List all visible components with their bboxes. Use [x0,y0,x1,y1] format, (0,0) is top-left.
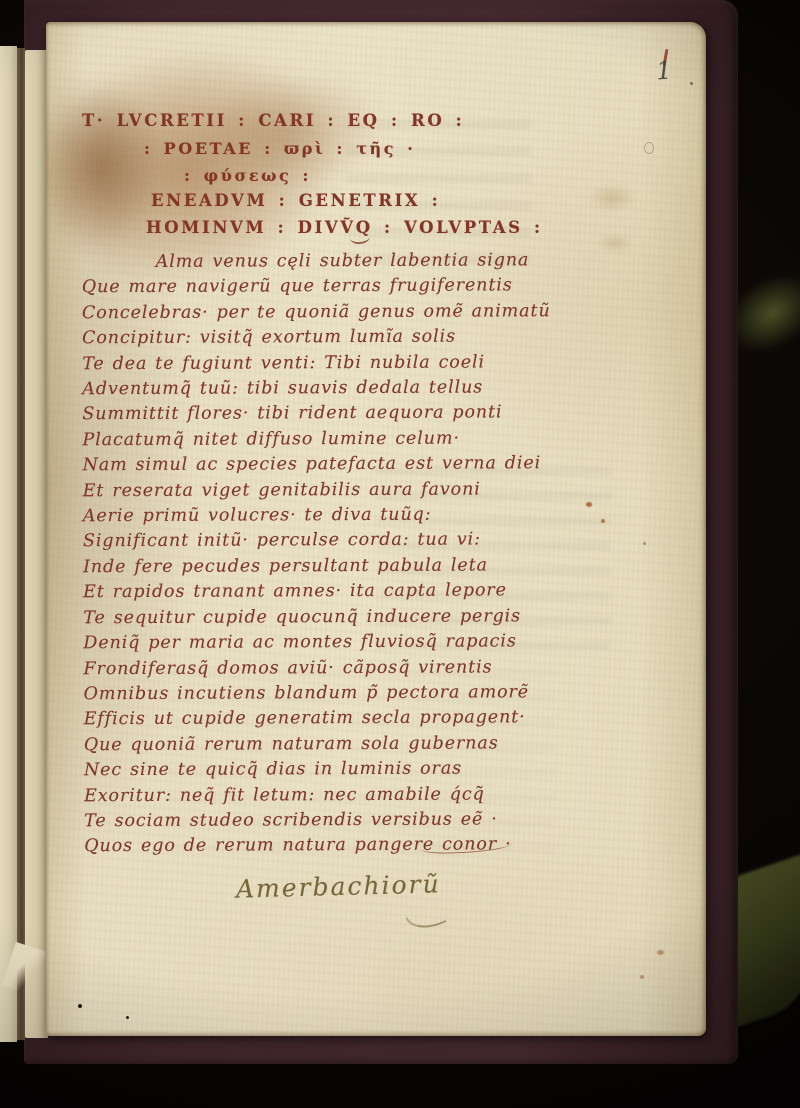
poem-line: Alma venus cęli subter labentia signa [82,248,642,276]
foxing-smudge [588,184,636,212]
poem-line: Nam simul ac species patefacta est verna… [83,451,643,479]
poem-line: Concipitur: visitq̃ exortum lumĩa solis [82,324,642,352]
foxing-spot [640,975,644,979]
poem-line: Summittit flores· tibi rident aequora po… [82,400,642,428]
title-line-poetae: : POETAE : ϖρὶ : τῆς · [144,139,415,158]
poem-line: Te dea te fugiunt venti: Tibi nubila coe… [82,349,642,377]
foxing-spot [657,950,664,955]
foxing-spot [643,542,646,545]
foxing-ring [644,142,654,154]
page-edge-strip [25,50,48,1038]
poem-line: Significant initũ· perculse corda: tua v… [83,527,643,555]
page-edge-strip [0,46,17,1042]
folio-number: 1 [655,55,673,85]
poem-line: Deniq̃ per maria ac montes fluviosq̃ rap… [83,629,643,657]
title-line-eneadum: ENEADVM : GENETRIX : [151,191,440,210]
poem-line: Et reserata viget genitabilis aura favon… [83,476,643,504]
poem-line: Quos ego de rerum natura pangere conor · [84,832,644,860]
poem-line: Concelebras· per te quoniã genus omẽ ani… [82,299,642,327]
poem-line: Adventumq̃ tuũ: tibi suavis dedala tellu… [82,375,642,403]
poem-line: Te sociam studeo scribendis versibus eẽ … [84,807,644,835]
gutter-shadow [17,48,25,1040]
poem-line: Que mare navigerũ que terras frugiferent… [82,273,642,301]
poem-line: Nec sine te quicq̃ dias in luminis oras [84,756,644,784]
poem-line: Te sequitur cupide quocunq̃ inducere per… [83,603,643,631]
title-line-hominum: HOMINVM : DIVṼQ : VOLVPTAS : [146,218,543,237]
poem-line: Exoritur: neq̃ fit letum: nec amabile q́… [84,781,644,809]
poem-text-block: Alma venus cęli subter labentia signa Qu… [82,248,645,860]
poem-line: Aerie primũ volucres· te diva tuũq: [83,502,643,530]
title-line-physeos: : φύσεως : [184,166,311,185]
title-line-author: T· LVCRETII : CARI : EQ : RO : [82,111,464,130]
poem-line: Que quoniã rerum naturam sola gubernas [84,730,644,758]
wormhole-speck [126,1016,129,1019]
poem-line: Frondiferasq̃ domos aviũ· cãposq̃ virent… [83,654,643,682]
poem-line: Omnibus incutiens blandum p̃ pectora amo… [84,680,644,708]
poem-line: Inde fere pecudes persultant pabula leta [83,553,643,581]
poem-line: Et rapidos tranant amnes· ita capta lepo… [83,578,643,606]
poem-line: Placatumq̃ nitet diffuso lumine celum· [82,426,642,454]
folio-number-dot [690,82,693,85]
manuscript-photo: 1 T· LVCRETII : CARI : EQ : RO : : POETA… [0,0,800,1108]
wormhole-speck [78,1004,82,1008]
poem-line: Efficis ut cupide generatim secla propag… [84,705,644,733]
ex-libris-signature: Amerbachiorũ [236,869,441,903]
manuscript-page: 1 T· LVCRETII : CARI : EQ : RO : : POETA… [46,22,706,1036]
